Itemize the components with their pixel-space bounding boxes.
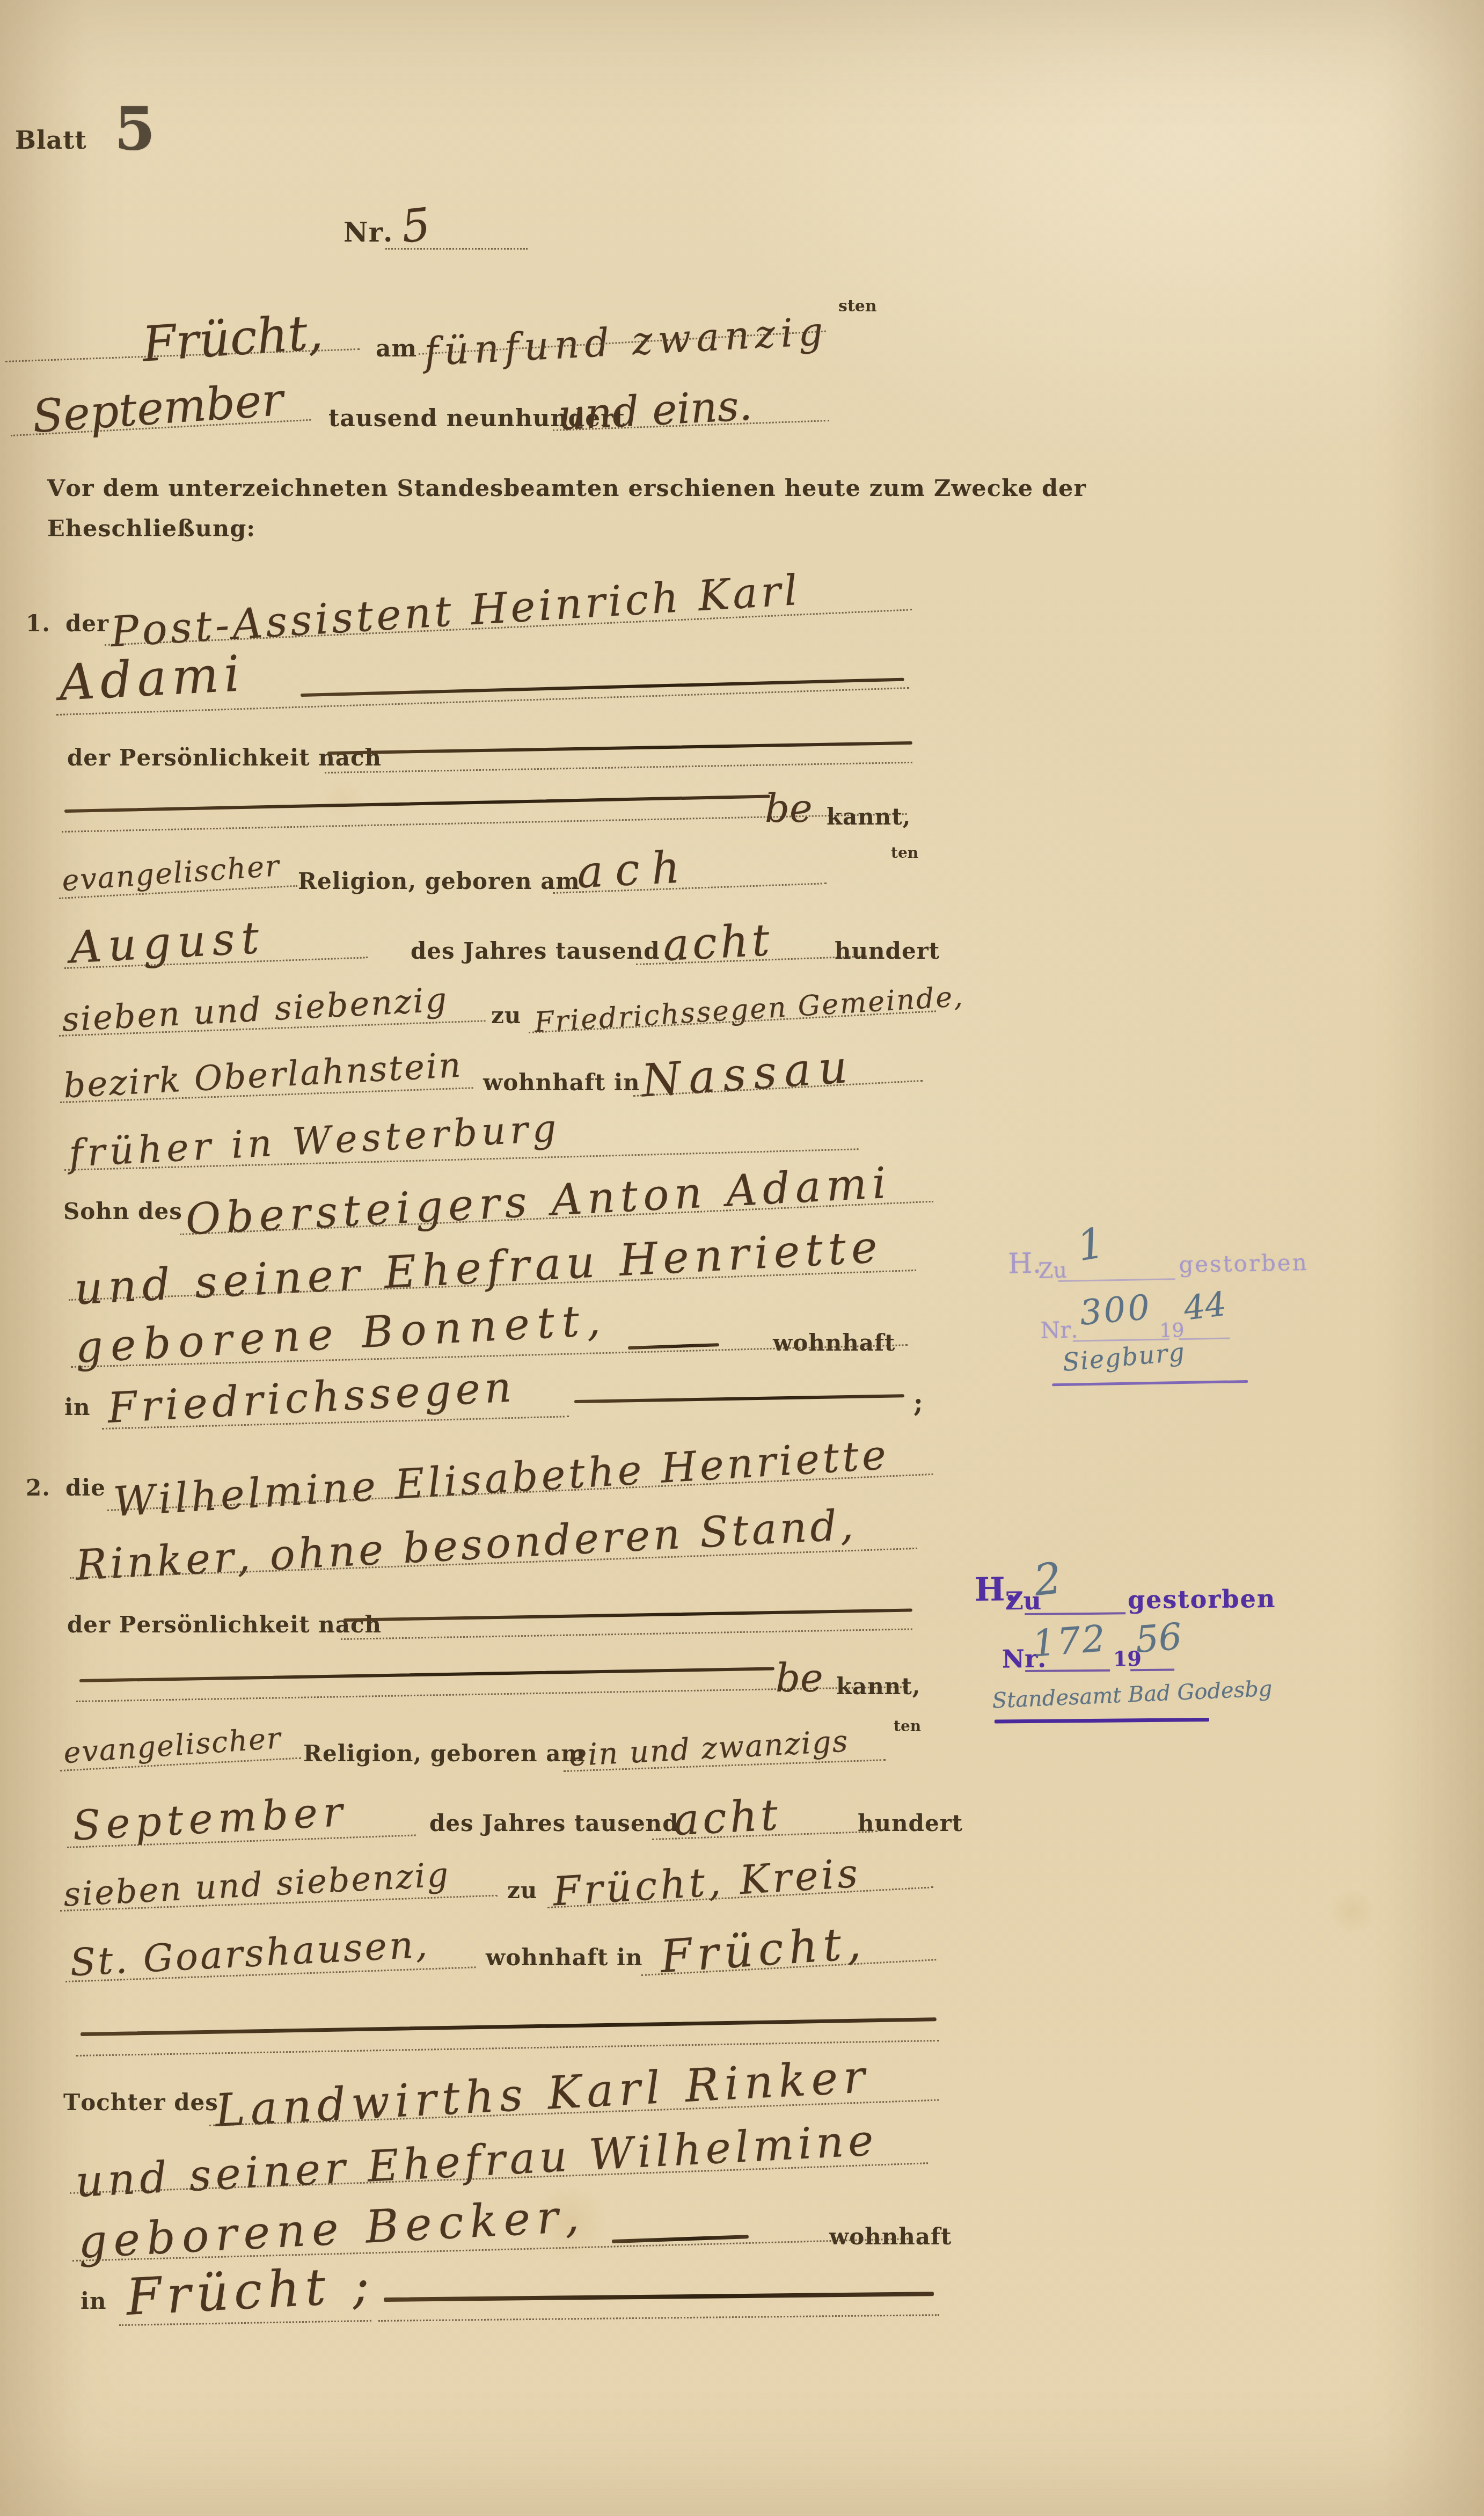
fill-line <box>341 1628 912 1640</box>
ink-fill-stroke <box>384 2292 934 2302</box>
stamp1-underline <box>1052 1380 1248 1386</box>
stamp1-rule <box>1179 1338 1230 1340</box>
registry-document-page: Blatt 5 Nr. 5 Frücht, am fünfund zwanzig… <box>0 0 1484 2516</box>
stamp2-underline <box>995 1718 1209 1723</box>
stamp1-year: 44 <box>1182 1287 1228 1325</box>
stamp2-ref-number: 2 <box>1032 1557 1064 1602</box>
groom-religion-label: Religion, geboren am <box>298 870 580 893</box>
groom-known-printed: kannt, <box>827 806 911 828</box>
ink-fill-stroke <box>81 2017 937 2036</box>
ink-dash <box>612 2235 749 2243</box>
groom-hundred-label: hundert <box>835 940 940 962</box>
stamp2-nr-value: 172 <box>1031 1621 1108 1663</box>
fill-line <box>378 2314 939 2322</box>
ink-fill-stroke <box>343 1609 912 1622</box>
stamp2-gestorben-label: gestorben <box>1128 1586 1276 1612</box>
death-note-stamp-2: H. Zu 2 gestorben Nr. 172 19 56 Standesa… <box>970 1560 1450 1763</box>
sheet-label: Blatt <box>15 128 87 152</box>
stamp2-year: 56 <box>1134 1619 1183 1659</box>
stamp2-rule <box>1025 1612 1125 1615</box>
dateline-am-label: am <box>376 337 417 361</box>
dateline-place: Frücht, <box>141 308 324 369</box>
stamp2-rule <box>1130 1669 1174 1672</box>
death-note-stamp-1: H. Zu 1 gestorben Nr. 300 19 44 Siegburg <box>1002 1220 1429 1407</box>
groom-in-label: in <box>64 1396 91 1419</box>
dateline-day-suffix: sten <box>838 298 877 315</box>
bride-zu-label: zu <box>507 1879 537 1902</box>
bride-hundred-label: hundert <box>858 1812 963 1835</box>
bride-article: die <box>65 1477 106 1499</box>
stamp2-rule <box>1025 1669 1110 1672</box>
bride-identity-label: der Persönlichkeit nach <box>67 1614 382 1636</box>
groom-wohnhaft-label: wohnhaft <box>773 1332 895 1354</box>
bride-religion-label: Religion, geboren am <box>303 1742 586 1765</box>
ink-fill-stroke <box>301 678 904 697</box>
groom-wohnhaft-in-label: wohnhaft in <box>483 1071 640 1094</box>
intro-line-2: Eheschließung: <box>47 517 255 541</box>
record-no-value: 5 <box>399 201 433 249</box>
bride-birth-day-suffix: ten <box>894 1719 921 1734</box>
bride-daughter-label: Tochter des <box>63 2091 218 2114</box>
bride-parents-residence: Frücht ; <box>125 2260 376 2323</box>
ink-fill-stroke <box>64 794 770 813</box>
ink-fill-stroke <box>327 741 912 755</box>
groom-year-label: des Jahres tausend <box>411 940 660 962</box>
bride-birth-day: ein und zwanzigs <box>568 1726 850 1771</box>
groom-zu-label: zu <box>491 1004 521 1027</box>
groom-known-hand: be <box>765 789 813 828</box>
bride-residence: Frücht, <box>659 1920 868 1980</box>
stamp1-nr-value: 300 <box>1078 1290 1153 1331</box>
bride-wohnhaft-in-label: wohnhaft in <box>486 1946 643 1969</box>
groom-son-label: Sohn des <box>63 1200 182 1223</box>
dateline-month: September <box>31 377 285 439</box>
bride-wohnhaft-label: wohnhaft <box>829 2226 952 2248</box>
fill-line <box>325 762 912 774</box>
fill-line <box>385 248 528 250</box>
stamp1-rule <box>1058 1278 1175 1282</box>
stamp1-zu-label: Zu <box>1038 1260 1067 1282</box>
groom-birth-day-suffix: ten <box>891 845 918 860</box>
intro-line-1: Vor dem unterzeichneten Standesbeamten e… <box>47 477 1086 500</box>
ink-fill-stroke <box>79 1667 774 1682</box>
bride-birth-place: Frücht, Kreis <box>552 1854 862 1912</box>
groom-semicolon: ; <box>913 1390 924 1416</box>
groom-identity-label: der Persönlichkeit nach <box>67 747 382 769</box>
sheet-number: 5 <box>114 99 156 158</box>
bride-year-label: des Jahres tausend <box>429 1812 679 1835</box>
ink-fill-stroke <box>574 1394 904 1403</box>
ink-dash <box>628 1343 719 1350</box>
bride-mother: und seiner Ehefrau Wilhelmine <box>75 2119 879 2204</box>
stamp1-nr-label: Nr. <box>1040 1318 1078 1341</box>
groom-article: der <box>65 612 109 635</box>
bride-known-hand: be <box>776 1659 823 1697</box>
groom-index: 1. <box>26 612 50 635</box>
groom-surname: Adami <box>58 649 246 708</box>
stamp1-h-label: H. <box>1008 1250 1042 1278</box>
bride-birth-place-2: St. Goarshausen, <box>69 1926 430 1982</box>
record-no-label: Nr. <box>343 219 393 246</box>
stamp1-office-signature: Siegburg <box>1062 1339 1187 1375</box>
bride-known-printed: kannt, <box>836 1675 920 1698</box>
stamp1-gestorben-label: gestorben <box>1179 1251 1308 1276</box>
stamp1-ref-number: 1 <box>1074 1222 1107 1268</box>
bride-index: 2. <box>26 1477 50 1499</box>
stamp2-office-signature: Standesamt Bad Godesbg <box>992 1678 1273 1712</box>
bride-in-label: in <box>81 2290 107 2313</box>
